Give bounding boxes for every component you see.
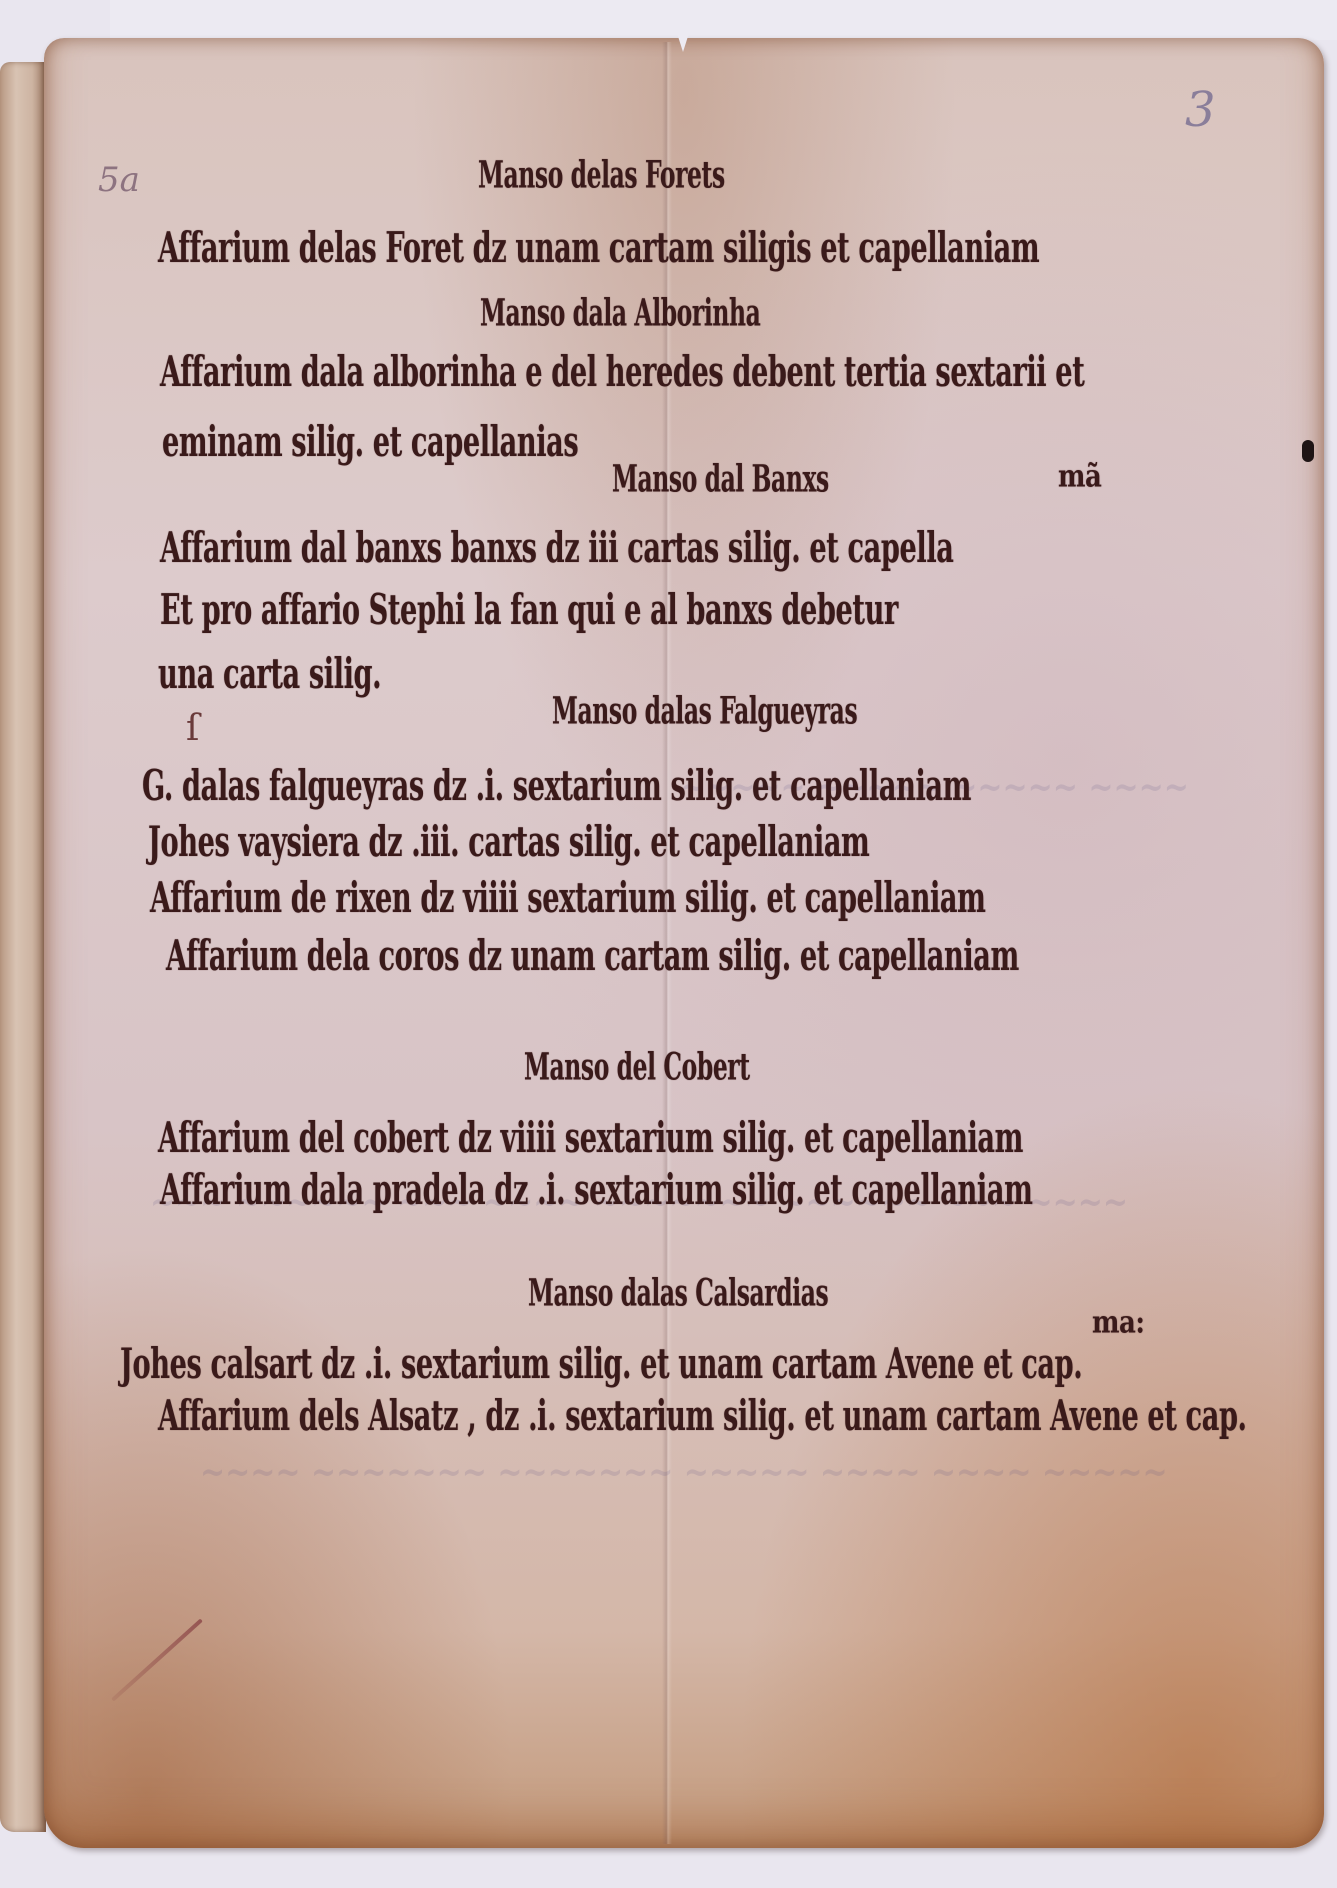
entry-line: Affarium del cobert dz viiii sextarium s… xyxy=(158,1113,1023,1163)
entry-line: una carta silig. xyxy=(158,649,381,699)
entry-line: Affarium dala pradela dz .i. sextarium s… xyxy=(160,1165,1032,1215)
entry-line: Affarium dela coros dz unam cartam silig… xyxy=(166,931,1019,981)
margin-note: mã xyxy=(1058,459,1101,495)
entry-line: Johes vaysiera dz .iii. cartas silig. et… xyxy=(148,817,869,867)
section-heading: Manso del Cobert xyxy=(524,1046,750,1090)
section-heading: Manso dalas Calsardias xyxy=(528,1272,828,1316)
entry-line: eminam silig. et capellanias xyxy=(162,417,578,467)
section-heading: Manso dal Banxs xyxy=(612,458,829,502)
binding-hole xyxy=(1302,440,1314,462)
entry-line: Affarium dal banxs banxs dz iii cartas s… xyxy=(160,523,954,573)
margin-note: ma: xyxy=(1092,1305,1144,1341)
entry-line: Affarium de rixen dz viiii sextarium sil… xyxy=(150,873,986,923)
section-heading: Manso dalas Falgueyras xyxy=(552,690,857,734)
entry-line: Affarium dels Alsatz , dz .i. sextarium … xyxy=(158,1391,1247,1441)
section-heading: Manso dala Alborinha xyxy=(480,292,760,336)
manuscript-text: Manso delas Forets Affarium delas Foret … xyxy=(0,0,1337,1888)
entry-line: Et pro affario Stephi la fan qui e al ba… xyxy=(160,585,898,635)
paragraph-mark-icon: ſ xyxy=(186,708,199,749)
section-heading: Manso delas Forets xyxy=(478,154,725,198)
entry-line: Affarium dala alborinha e del heredes de… xyxy=(160,347,1084,397)
entry-line: Affarium delas Foret dz unam cartam sili… xyxy=(158,223,1039,273)
entry-line: Johes calsart dz .i. sextarium silig. et… xyxy=(120,1339,1082,1389)
entry-line: G. dalas falgueyras dz .i. sextarium sil… xyxy=(142,761,971,811)
